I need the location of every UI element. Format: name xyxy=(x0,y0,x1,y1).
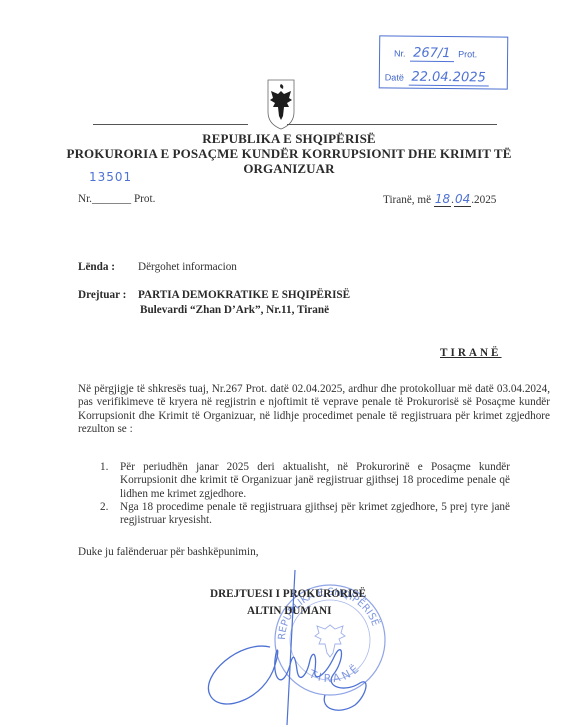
header-rule-left xyxy=(93,124,248,125)
list-item-text: Nga 18 procedime penale të regjistruara … xyxy=(120,501,510,526)
place-date: Tiranë, më 18.04.2025 xyxy=(383,193,496,207)
list-item: 2. Nga 18 procedime penale të regjistrua… xyxy=(78,501,510,528)
date-year: .2025 xyxy=(471,194,496,206)
body-paragraph: Në përgjigje të shkresës tuaj, Nr.267 Pr… xyxy=(78,383,550,436)
date-month: 04 xyxy=(454,193,471,207)
stamp-prot-label: Prot. xyxy=(458,49,477,59)
addressee-address: Bulevardi “Zhan D’Ark”, Nr.11, Tiranë xyxy=(140,304,329,316)
stamp-date-row: Datë 22.04.2025 xyxy=(385,69,491,86)
stamp-nr-label: Nr. xyxy=(394,48,406,58)
findings-list: 1. Për periudhën janar 2025 deri aktuali… xyxy=(78,461,550,527)
list-item-text: Për periudhën janar 2025 deri aktualisht… xyxy=(120,461,510,500)
stamp-date-value: 22.04.2025 xyxy=(408,70,489,87)
date-day: 18 xyxy=(434,193,451,207)
subject-value: Dërgohet informacion xyxy=(138,261,237,274)
subject-label: Lënda : xyxy=(78,261,115,273)
addressee-name: PARTIA DEMOKRATIKE E SHQIPËRISË xyxy=(138,289,350,301)
handwritten-signature xyxy=(195,565,395,727)
ref-nr-label: Nr. xyxy=(78,193,92,205)
ref-prot-label: Prot. xyxy=(134,193,155,205)
closing-line: Duke ju falënderuar për bashkëpunimin, xyxy=(78,546,259,559)
stamp-nr-value: 267/1 xyxy=(410,46,454,62)
stamp-date-label: Datë xyxy=(385,72,404,82)
list-item: 1. Për periudhën janar 2025 deri aktuali… xyxy=(78,461,510,501)
place-prefix: Tiranë, më xyxy=(383,194,431,206)
addressee-label: Drejtuar : xyxy=(78,289,126,301)
header-institution-cont: ORGANIZUAR xyxy=(0,161,578,177)
header-institution: PROKURORIA E POSAÇME KUNDËR KORRUPSIONIT… xyxy=(0,146,578,162)
stamp-nr-row: Nr. 267/1 Prot. xyxy=(394,45,477,62)
list-item-number: 1. xyxy=(100,461,108,474)
reference-number: Nr._______ Prot. xyxy=(78,193,155,206)
list-item-number: 2. xyxy=(100,501,108,514)
handwritten-protocol-number: 13501 xyxy=(89,170,132,184)
received-stamp: Nr. 267/1 Prot. Datë 22.04.2025 xyxy=(379,35,509,89)
header-rule-right xyxy=(287,124,497,125)
city-heading: TIRANË xyxy=(440,347,502,359)
header-country: REPUBLIKA E SHQIPËRISË xyxy=(0,131,578,147)
ref-nr-blank: _______ xyxy=(92,193,131,205)
